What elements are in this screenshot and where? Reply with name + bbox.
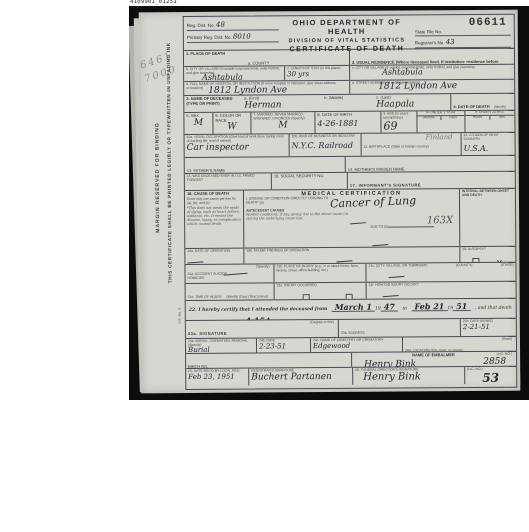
- department-title: OHIO DEPARTMENT OF HEALTH: [279, 17, 415, 36]
- ink-dash: [383, 295, 399, 297]
- under-1-year-box: IF UNDER 1 YEAR Months Days: [416, 111, 464, 132]
- row-name-dod: 3. NAME OF DECEASED (TYPE OR PRINT) a. (…: [184, 93, 514, 112]
- interval-label: INTERVAL BETWEEN ONSET AND DEATH: [462, 190, 513, 198]
- medical-main-cell: MEDICAL CERTIFICATION I. DISEASE OR COND…: [243, 189, 459, 248]
- physician-address-cell: 23b. ADDRESS 4425 Main Ave, Ashtabula, O…: [338, 319, 460, 337]
- margin-binding-text: MARGIN RESERVED FOR BINDING: [154, 122, 161, 233]
- place-of-injury-cell: 21b. PLACE OF INJURY (e.g., in or about …: [273, 264, 365, 283]
- age-value: 69: [383, 120, 414, 131]
- ink-dash: [350, 222, 366, 224]
- burial-location-cell: 24d. LOCATION (City, town, or county) (S…: [402, 337, 516, 352]
- informant-cell: 17. INFORMANT'S SIGNATURE Ida Haapala: [347, 172, 515, 189]
- place-county-label: a. COUNTY: [248, 60, 269, 65]
- autopsy-label: 20. AUTOPSY?: [462, 248, 513, 252]
- burial-type-cell: 24a. BURIAL, CREMATION, REMOVAL (Specify…: [186, 339, 256, 353]
- race-value: W: [215, 123, 248, 132]
- burial-type-value: Burial: [188, 346, 254, 353]
- due-b-blank: [388, 226, 434, 227]
- row-operation: 19a. DATE OF OPERATION 19b. MAJOR FINDIN…: [185, 246, 515, 264]
- row-injury-2: 21d. TIME OF INJURY (Month) (Day) (Year)…: [186, 281, 516, 300]
- while-at-work-checkbox: [302, 294, 309, 299]
- dob-value: 4-26-1881: [317, 119, 378, 127]
- certificate-paper: 6461 7000 MARGIN RESERVED FOR BINDING TH…: [139, 10, 521, 394]
- reg-dist-value: 48: [216, 21, 225, 29]
- operation-date-label: 19a. DATE OF OPERATION: [187, 250, 241, 254]
- funeral-director-cell: 26. FUNERAL DIRECTOR'S SIGNATURE Henry B…: [352, 367, 464, 385]
- armed-forces-cell: 15. WAS DECEASED EVER IN U.S. ARMED FORC…: [185, 173, 271, 190]
- burial-location-label: 24d. LOCATION (City, town, or county): [405, 348, 463, 351]
- degree-label: (Degree or title): [310, 321, 334, 325]
- place-line-bc: b. CITY OR VILLAGE (If outside corporate…: [184, 65, 349, 81]
- industry-label: 10b. KIND OF BUSINESS OR INDUSTRY: [292, 135, 359, 139]
- ink-dash: [187, 261, 203, 263]
- name-middle-cell: b. (Middle): [322, 95, 374, 111]
- how-injury-cell: 21f. HOW DID INJURY OCCUR?: [366, 282, 516, 299]
- ssn-cell: 16. SOCIAL SECURITY NO.: [271, 173, 347, 190]
- under1-cols: Months Days: [417, 116, 464, 120]
- race-cell: 6. COLOR OR RACE W: [212, 113, 250, 134]
- birth-no-cell: BIRTH NO. Do not write in this space: [186, 353, 351, 368]
- scanned-certificate-photo: 6461 7000 MARGIN RESERVED FOR BINDING TH…: [129, 6, 529, 400]
- sex-value: M: [186, 118, 210, 127]
- occupation-value: Car inspector: [187, 143, 287, 153]
- header-right: 06611 State File No. Registrar's No. 43: [415, 17, 511, 49]
- row-parents: 13. FATHER'S NAME Herman Haapala 14. MOT…: [185, 155, 515, 173]
- dod-label: 4. DATE OF DEATH: [453, 104, 489, 109]
- min-label: Min.: [489, 116, 514, 120]
- embalmer-cell: NAME OF EMBALMER (LIC. NO.) Henry Bink 2…: [351, 352, 516, 367]
- physician-signature-cell: 23a. SIGNATURE (Degree or title) William…: [186, 320, 338, 338]
- industry-value: N.Y.C. Railroad: [292, 142, 359, 150]
- injury-city-label: 21c. (CITY, VILLAGE, OR TOWNSHIP): [368, 264, 427, 268]
- interval-sidebar: INTERVAL BETWEEN ONSET AND DEATH: [459, 189, 515, 246]
- physician-signature-label: 23a. SIGNATURE: [188, 331, 227, 336]
- reg-dist-line: Reg. Dist. No. 48: [187, 21, 279, 31]
- certify-yr1-blank: 47: [381, 301, 398, 312]
- antecedent-line: Morbid conditions, if any, giving rise t…: [246, 212, 457, 248]
- disease-label: I. DISEASE OR CONDITION DIRECTLY LEADING…: [246, 197, 330, 209]
- place-stay-cell: c. LENGTH OF STAY (in this place) 30 yrs: [284, 66, 349, 80]
- dob-label: 8. DATE OF BIRTH: [317, 113, 378, 118]
- row-place-residence: 1. PLACE OF DEATH a. COUNTY Ashtabula b.…: [184, 48, 514, 95]
- time-of-injury-cell: 21d. TIME OF INJURY (Month) (Day) (Year)…: [186, 283, 274, 300]
- place-line-a: 1. PLACE OF DEATH a. COUNTY Ashtabula: [184, 50, 349, 66]
- injury-occurred-options: While at Work Not While at Work: [277, 289, 364, 300]
- name-last-value: Haapala: [376, 100, 448, 110]
- due-b-line: DUE TO (b): [350, 214, 434, 233]
- name-last-cell: c. (Last) Haapala: [374, 94, 450, 111]
- mother-cell: 14. MOTHER'S MAIDEN NAME Not Known: [345, 156, 515, 172]
- place-stay-value: 30 yrs: [287, 71, 347, 78]
- date-received-cell: 25. DATE REC'D BY LOCAL REG. Feb 23, 195…: [186, 369, 248, 386]
- citizen-value: U.S.A.: [464, 145, 513, 153]
- mother-label: 14. MOTHER'S MAIDEN NAME: [348, 166, 405, 171]
- marital-cell: 7. MARRIED, NEVER MARRIED, WIDOWED, DIVO…: [250, 112, 314, 133]
- sex-cell: 5. SEX M: [184, 113, 212, 134]
- usual-residence-box: 2. USUAL RESIDENCE (Where deceased lived…: [349, 49, 514, 94]
- embalmer-label: NAME OF EMBALMER: [412, 353, 455, 358]
- industry-cell: 10b. KIND OF BUSINESS OR INDUSTRY N.Y.C.…: [289, 134, 361, 157]
- how-injury-label: 21f. HOW DID INJURY OCCUR?: [369, 283, 514, 288]
- father-label: 13. FATHER'S NAME: [187, 168, 225, 173]
- certify-yr1-value: 47: [384, 302, 395, 312]
- certify-to-word: to: [402, 306, 407, 311]
- certify-to-value: Feb 21: [414, 301, 444, 311]
- primary-reg-value: 8010: [233, 33, 251, 41]
- certify-pre-text: 22. I hereby certify that I attended the…: [189, 307, 328, 313]
- accident-specify-label: (Specify): [256, 265, 269, 269]
- due-b-label: DUE TO (b): [371, 224, 389, 228]
- place-of-injury-label: 21b. PLACE OF INJURY (e.g., in or about …: [276, 265, 363, 273]
- birthplace-pencil-note: Finland: [426, 134, 453, 141]
- row-personal: 5. SEX M 6. COLOR OR RACE W 7. MARRIED, …: [184, 110, 514, 134]
- cause-code-value: 163X: [427, 216, 453, 226]
- days-label: Days: [440, 116, 464, 120]
- cause-of-death-sidebar: 18. CAUSE OF DEATH Enter only one cause …: [185, 191, 243, 248]
- autopsy-options: Yes No X: [462, 253, 513, 262]
- burial-date-value: 2-23-51: [259, 343, 308, 350]
- autopsy-cell: 20. AUTOPSY? Yes No X: [459, 247, 515, 262]
- age-cell: 9. AGE (In years last birthday) 69: [380, 111, 416, 132]
- state-file-number-stamp: 06611: [469, 17, 507, 29]
- disease-line: I. DISEASE OR CONDITION DIRECTLY LEADING…: [246, 196, 457, 208]
- date-of-death-cell: 4. DATE OF DEATH (Month) (Day) (Year) Fe…: [450, 94, 514, 110]
- birth-no-label: BIRTH NO.: [188, 364, 208, 368]
- place-county-cell: a. COUNTY Ashtabula: [246, 50, 349, 66]
- form-number: V.S. No. 3: [178, 308, 182, 324]
- row-burial: 24a. BURIAL, CREMATION, REMOVAL (Specify…: [186, 336, 516, 353]
- row-embalmer: BIRTH NO. Do not write in this space NAM…: [186, 351, 516, 368]
- father-cell: 13. FATHER'S NAME Herman Haapala: [185, 157, 345, 173]
- accident-cell: 21a. ACCIDENT SUICIDE HOMICIDE (Specify): [185, 264, 273, 283]
- header-left: Reg. Dist. No. 48 Primary Reg. Dist. No.…: [187, 18, 279, 50]
- certify-line-1: 22. I hereby certify that I attended the…: [189, 300, 513, 315]
- due-to-lines: DUE TO (b) DUE TO (c): [350, 214, 435, 247]
- residence-city-cell: c. CITY OR VILLAGE (If outside corporate…: [350, 64, 514, 80]
- citizen-cell: 12. CITIZEN OF WHAT COUNTRY U.S.A.: [461, 133, 515, 155]
- physician-address-label: 23b. ADDRESS: [341, 331, 365, 335]
- accident-label: 21a. ACCIDENT SUICIDE HOMICIDE: [187, 273, 227, 281]
- residence-line-ab: 2. USUAL RESIDENCE (Where deceased lived…: [350, 49, 514, 65]
- operation-findings-cell: 19b. MAJOR FINDINGS OF OPERATION: [243, 247, 459, 264]
- certify-time-blank: 4:15A: [230, 314, 286, 320]
- name-title-cell: 3. NAME OF DECEASED (TYPE OR PRINT): [184, 96, 242, 112]
- certify-tail-text: , and that death: [475, 306, 512, 311]
- reg-dist-label: Reg. Dist. No.: [187, 23, 215, 28]
- certify-from-value: March 1: [335, 302, 372, 312]
- name-first-value: Herman: [244, 101, 320, 111]
- place-title-cell: 1. PLACE OF DEATH: [184, 51, 246, 66]
- date-signed-cell: 23c. DATE SIGNED 2-21-51: [460, 319, 516, 336]
- disease-value: Cancer of Lung: [330, 195, 417, 210]
- embalmer-value: Henry Bink: [364, 360, 416, 366]
- row-certify-statement: 22. I hereby certify that I attended the…: [186, 298, 516, 320]
- registrar-no-line: Registrar's No. 43: [415, 39, 511, 49]
- funeral-director-value: Henry Bink: [363, 372, 462, 383]
- ink-dash: [389, 276, 405, 278]
- embalmer-lic-value: 2858: [483, 358, 506, 367]
- armed-forces-label: 15. WAS DECEASED EVER IN U.S. ARMED FORC…: [187, 174, 269, 182]
- row-physician: 23a. SIGNATURE (Degree or title) William…: [186, 318, 516, 338]
- birthplace-label: 11. BIRTHPLACE (State or foreign country…: [364, 144, 429, 148]
- place-city-cell: b. CITY OR VILLAGE (If outside corporate…: [184, 66, 284, 81]
- antecedent-note: Morbid conditions, if any, giving rise t…: [246, 213, 350, 248]
- registrar-signature-cell: REGISTRAR'S SIGNATURE Buchert Partanen: [248, 368, 352, 386]
- row-injury-1: 21a. ACCIDENT SUICIDE HOMICIDE (Specify)…: [185, 262, 515, 283]
- scan-id-text: 4109901_01251: [130, 0, 177, 5]
- name-title: 3. NAME OF DECEASED (TYPE OR PRINT): [186, 97, 240, 107]
- autopsy-yes-checkbox: [472, 258, 479, 262]
- burial-location-state-label: (State): [502, 338, 512, 342]
- due-c-line: DUE TO (c): [350, 236, 434, 247]
- injury-occurred-cell: 21e. INJURY OCCURRED While at Work Not W…: [274, 283, 366, 300]
- citizen-label: 12. CITIZEN OF WHAT COUNTRY: [464, 134, 513, 142]
- date-received-value: Feb 23, 1951: [188, 373, 246, 380]
- registrar-signature-value: Buchert Partanen: [251, 373, 350, 383]
- burial-date-cell: 24b. DATE 2-23-51: [256, 338, 310, 352]
- registrar-no-value: 43: [446, 38, 455, 46]
- certify-time-value: 4:15A: [245, 315, 271, 320]
- row-informant: 15. WAS DECEASED EVER IN U.S. ARMED FORC…: [185, 171, 515, 190]
- injury-location-cell: 21c. (CITY, VILLAGE, OR TOWNSHIP) (COUNT…: [365, 263, 515, 282]
- under-24-hrs-box: IF UNDER 24 HRS. Hours Min.: [464, 111, 514, 132]
- cause-note-1: Enter only one cause per line for (a), (…: [187, 197, 241, 205]
- residence-street-value: 1812 Lyndon Ave: [378, 82, 512, 92]
- autopsy-no-mark: X: [497, 259, 502, 262]
- cemetery-cell: 24c. NAME OF CEMETERY OR CREMATORY Edgew…: [310, 337, 402, 352]
- informant-label: 17. INFORMANT'S SIGNATURE: [350, 182, 421, 187]
- name-first-cell: a. (First) Herman: [242, 95, 322, 112]
- time-of-injury-sub: (Month) (Day) (Year) (Hour): [226, 294, 268, 298]
- marital-value: M: [253, 121, 312, 130]
- place-institution-value: 1812 Lyndon Ave: [208, 86, 347, 95]
- registrar-no-label: Registrar's No.: [415, 40, 445, 45]
- name-middle-label: b. (Middle): [324, 96, 372, 101]
- injury-county-label: (COUNTY): [456, 264, 473, 268]
- form-header: Reg. Dist. No. 48 Primary Reg. Dist. No.…: [184, 15, 514, 50]
- operation-findings-label: 19b. MAJOR FINDINGS OF OPERATION: [246, 248, 457, 253]
- under24-cols: Hours Min.: [465, 116, 514, 120]
- row-occupation: 10a. USUAL OCCUPATION (Give kind of work…: [185, 132, 515, 157]
- certify-from-blank: March 1: [332, 301, 375, 312]
- date-signed-value: 2-21-51: [463, 324, 514, 331]
- injury-state-label: (STATE): [501, 264, 514, 268]
- operation-date-cell: 19a. DATE OF OPERATION: [185, 249, 243, 264]
- document-viewer-page: 4109901_01251 6461 7000 MARGIN RESERVED …: [0, 0, 529, 532]
- ssn-label: 16. SOCIAL SECURITY NO.: [274, 174, 345, 179]
- director-lic-cell: (LIC. NO.) 53: [464, 367, 516, 384]
- dob-cell: 8. DATE OF BIRTH 4-26-1881: [314, 112, 380, 133]
- not-while-at-work-checkbox: [345, 294, 352, 299]
- place-title: 1. PLACE OF DEATH: [186, 52, 244, 57]
- director-lic-value: 53: [467, 372, 514, 384]
- state-file-line: State File No.: [415, 29, 511, 37]
- primary-reg-line: Primary Reg. Dist. No. 8010: [187, 33, 279, 43]
- certify-yr2-blank: 51: [453, 300, 470, 311]
- certificate-form: Reg. Dist. No. 48 Primary Reg. Dist. No.…: [183, 14, 518, 390]
- hours-label: Hours: [465, 116, 489, 120]
- injury-location-labels: 21c. (CITY, VILLAGE, OR TOWNSHIP) (COUNT…: [368, 264, 513, 269]
- ink-dash: [372, 244, 388, 246]
- state-file-label: State File No.: [415, 29, 442, 34]
- cause-note-2: *This does not mean the mode of dying, s…: [187, 207, 241, 227]
- residence-street-cell: d. STREET ADDRESS (If rural, give locati…: [350, 79, 514, 94]
- division-title: DIVISION OF VITAL STATISTICS: [279, 37, 415, 44]
- injury-occurred-label: 21e. INJURY OCCURRED: [277, 284, 364, 289]
- medical-certification-block: 18. CAUSE OF DEATH Enter only one cause …: [185, 188, 515, 248]
- pencil-annotation: 6461 7000: [139, 50, 180, 87]
- birthplace-cell: 11. BIRTHPLACE (State or foreign country…: [361, 133, 461, 156]
- header-center: OHIO DEPARTMENT OF HEALTH DIVISION OF VI…: [279, 17, 415, 49]
- cemetery-value: Edgewood: [313, 342, 400, 350]
- certify-to-blank: Feb 21: [411, 300, 447, 311]
- certify-yr2-value: 51: [456, 301, 467, 311]
- primary-reg-label: Primary Reg. Dist. No.: [187, 35, 232, 40]
- place-of-death-box: 1. PLACE OF DEATH a. COUNTY Ashtabula b.…: [184, 50, 349, 95]
- place-institution-cell: d. FULL NAME OF HOSPITAL OR INSTITUTION …: [184, 80, 349, 95]
- time-of-injury-label: 21d. TIME OF INJURY: [188, 295, 222, 299]
- ink-dash: [336, 260, 352, 262]
- occupation-cell: 10a. USUAL OCCUPATION (Give kind of work…: [185, 134, 289, 157]
- row-registration: 25. DATE REC'D BY LOCAL REG. Feb 23, 195…: [186, 366, 516, 386]
- months-label: Months: [417, 116, 440, 120]
